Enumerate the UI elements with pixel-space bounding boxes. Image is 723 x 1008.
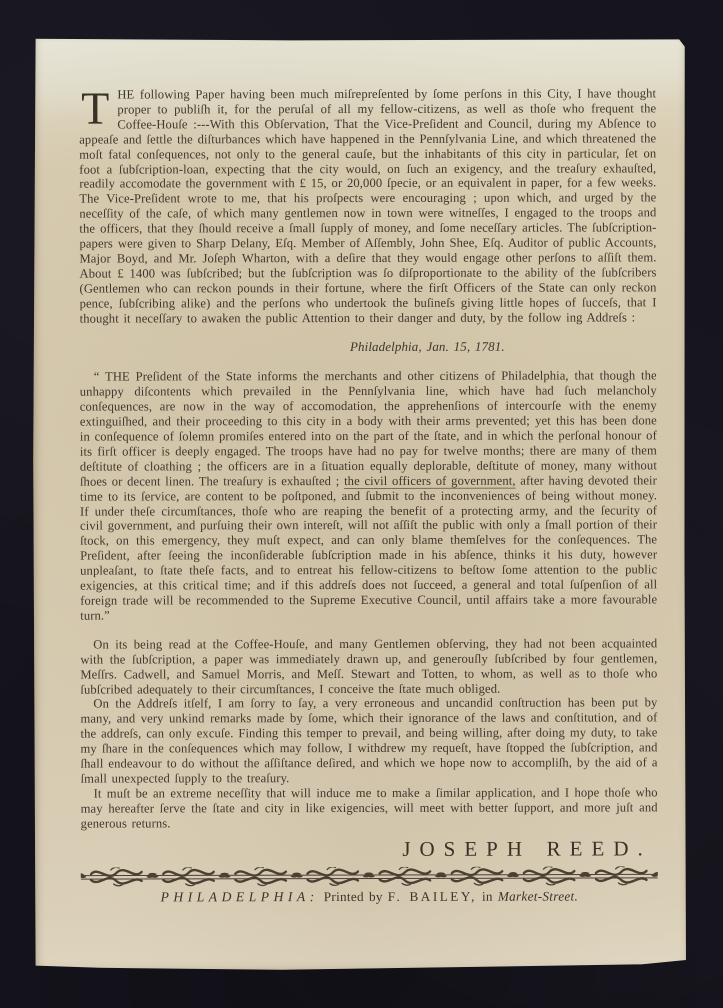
printers-ornament-divider [81,866,658,887]
broadside-paper: THE following Paper having been much miſ… [32,36,687,971]
dateline: Philadelphia, Jan. 15, 1781. [80,339,657,355]
address-paragraph: “ THE Preſident of the State informs the… [80,369,658,624]
intro-paragraph-text: HE following Paper having been much miſr… [79,86,656,325]
imprint-in-word: in [482,888,493,903]
intro-paragraph: THE following Paper having been much miſ… [79,86,656,326]
imprint-printer-name: F. BAILEY, [388,888,477,903]
signature-joseph-reed: JOSEPH REED. [81,841,658,857]
imprint-line: PHILADELPHIA: Printed by F. BAILEY, in M… [81,889,658,905]
underlined-phrase: the civil officers of government, [344,473,516,487]
address-text-part2: after having devoted their time to its ſ… [80,473,657,622]
imprint-city: PHILADELPHIA: [161,889,319,904]
imprint-printed-by: Printed by [324,888,383,903]
paragraph-on-the-address: On the Addreſs itſelf, I am ſorry to ſay… [80,696,657,787]
paragraph-extreme-necessity: It muſt be an extreme neceſſity that wil… [81,785,658,831]
paragraph-coffee-house: On its being read at the Coffee-Houſe, a… [80,636,657,697]
document-text-block: THE following Paper having been much miſ… [79,86,658,905]
address-text-part1: “ THE Preſident of the State informs the… [80,369,657,489]
imprint-street: Market-Street. [498,888,578,903]
drop-cap-letter: T [79,88,117,126]
